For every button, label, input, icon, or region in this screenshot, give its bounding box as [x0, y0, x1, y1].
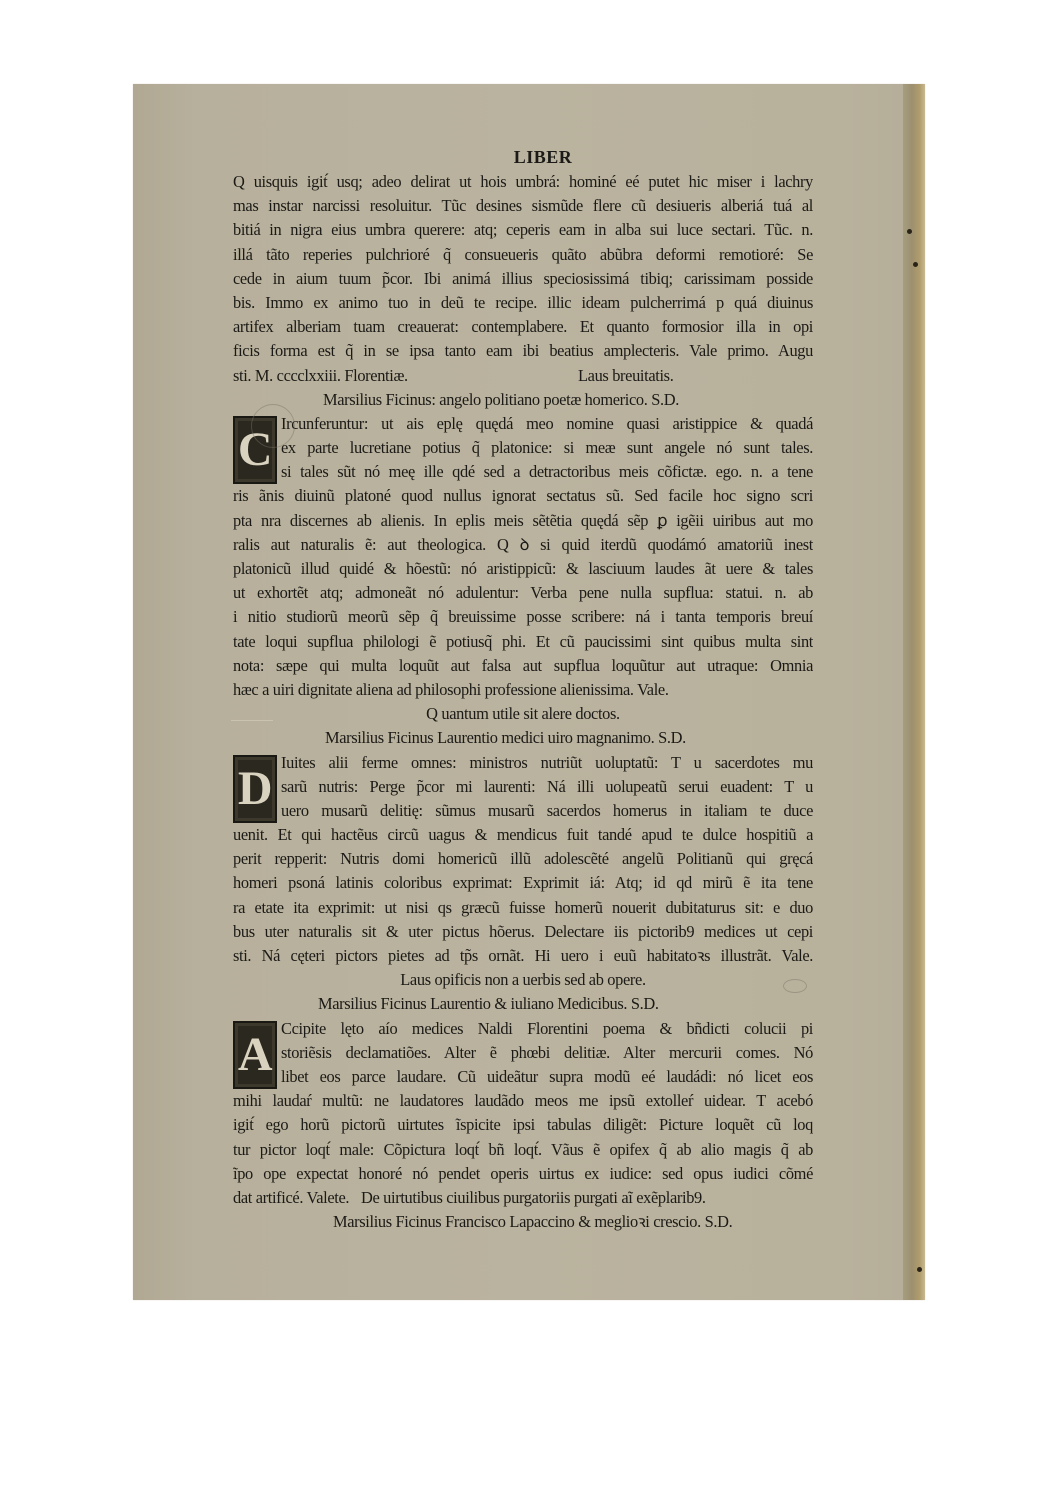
- letter-section-2: Marsilius Ficinus: angelo politiano poet…: [233, 388, 813, 727]
- text-line: igit́ ego horũ pictorũ uirtutes ĩspicite…: [233, 1113, 813, 1137]
- text-line: cede in aium tuum p̃cor. Ibi animá illiu…: [233, 267, 813, 291]
- text-line: ralis aut naturalis ẽ: aut theologica. Q…: [233, 533, 813, 557]
- letter-title: De uirtutibus ciuilibus purgatoriis purg…: [361, 1186, 706, 1210]
- text-line: homeri psoná latinis coloribus exprimat:…: [233, 871, 813, 895]
- text-line: bus uter naturalis sit & uter pictus hõe…: [233, 920, 813, 944]
- text-line: mihi laudaŕ multũ: ne laudatores laudãdo…: [233, 1089, 813, 1113]
- scanned-book-page: LIBER Q uisquis igit́ usq; adeo delirat …: [133, 84, 925, 1300]
- text-line: platonicũ illud quidé & hõestũ: nó arist…: [233, 557, 813, 581]
- letter-heading: Marsilius Ficinus Francisco Lapaccino & …: [233, 1210, 813, 1234]
- text-line: libet eos parce laudare. Cũ uideãtur sup…: [233, 1065, 813, 1089]
- gutter-wormhole: [917, 1267, 922, 1272]
- text-line: storiẽsis declamatiões. Alter ẽ phœbi de…: [233, 1041, 813, 1065]
- decorated-initial-d: D: [233, 755, 277, 823]
- gutter-wormhole: [907, 229, 912, 234]
- text-line: hæc a uiri dignitate aliena ad philosoph…: [233, 678, 813, 702]
- text-line: Q uisquis igit́ usq; adeo delirat ut hoi…: [233, 170, 813, 194]
- letter-title-text: Q uantum utile sit alere doctos.: [426, 704, 620, 723]
- text-line: bis. Immo ex animo tuo in deũ te recipe.…: [233, 291, 813, 315]
- text-line: ut exhortẽt atq; admoneãt nó adulentur: …: [233, 581, 813, 605]
- text-line: si tales sũt nó meę ille qdé sed a detra…: [233, 460, 813, 484]
- text-line: ĩpo ope expectat honoré nó pendet operis…: [233, 1162, 813, 1186]
- initial-paragraph: D Iuites alii ferme omnes: ministros nut…: [233, 751, 813, 824]
- text-line: ris ãnis diuinũ platoné quod nullus igno…: [233, 484, 813, 508]
- letter-section-1: Q uisquis igit́ usq; adeo delirat ut hoi…: [233, 170, 813, 388]
- initial-paragraph: C Ircunferuntur: ut ais eplę quędá meo n…: [233, 412, 813, 485]
- text-line-with-title: sti. M. cccclxxiii. Florentiæ. Laus breu…: [233, 364, 813, 388]
- letter-heading: Marsilius Ficinus: angelo politiano poet…: [233, 388, 813, 412]
- text-line: i nitio studiorũ meorũ sẽp q̃ breuissime…: [233, 605, 813, 629]
- text-line: mas instar narcissi resoluitur. Tũc desi…: [233, 194, 813, 218]
- library-stamp-mark: [251, 404, 295, 448]
- running-head: LIBER: [273, 144, 813, 170]
- text-line: ficis forma est q̃ in se ipsa tanto eam …: [233, 339, 813, 363]
- decorated-initial-a: A: [233, 1021, 277, 1089]
- text-line: ex parte lucretiane potius q̃ platonice:…: [233, 436, 813, 460]
- letter-section-3: Marsilius Ficinus Laurentio medici uiro …: [233, 726, 813, 992]
- text-line: artifex alberiam tuam creauerat: contemp…: [233, 315, 813, 339]
- letter-section-5: Marsilius Ficinus Francisco Lapaccino & …: [233, 1210, 813, 1234]
- letter-heading: Marsilius Ficinus Laurentio & iuliano Me…: [233, 992, 813, 1016]
- text-line: nota: sæpe qui multa loquũt aut falsa au…: [233, 654, 813, 678]
- letter-section-4: Marsilius Ficinus Laurentio & iuliano Me…: [233, 992, 813, 1210]
- text-line: ra etate ita exprimit: ut nisi qs græcũ …: [233, 896, 813, 920]
- pencil-mark: [783, 979, 807, 993]
- initial-paragraph: A Ccipite lęto aío medices Naldi Florent…: [233, 1017, 813, 1090]
- gutter-wormhole: [913, 262, 918, 267]
- text-line: uero musarũ delitię: sũmus musarũ sacerd…: [233, 799, 813, 823]
- text-line-with-title: dat artificé. Valete. De uirtutibus ciui…: [233, 1186, 813, 1210]
- page-gutter-edge: [903, 84, 925, 1300]
- text-line: sti. Ná cęteri pictors pietes ad tp̃s or…: [233, 944, 813, 968]
- letter-heading: Marsilius Ficinus Laurentio medici uiro …: [233, 726, 813, 750]
- text-line: Ircunferuntur: ut ais eplę quędá meo nom…: [233, 412, 813, 436]
- letter-title: Q uantum utile sit alere doctos.: [233, 702, 813, 726]
- text-line: sarũ nutris: Perge p̃cor mi laurenti: Ná…: [233, 775, 813, 799]
- text-line: bitiá in nigra eius umbra querere: atq; …: [233, 218, 813, 242]
- text-line: uenit. Et qui hactẽus circũ uagus & mend…: [233, 823, 813, 847]
- text-line: tate loqui supflua philologi ẽ potiusq̃ …: [233, 630, 813, 654]
- text-line: tur pictor loqt́ male: Cõpictura loqt́ b…: [233, 1138, 813, 1162]
- text-line: perit repperit: Nutris domi homericũ ill…: [233, 847, 813, 871]
- printed-text-block: LIBER Q uisquis igit́ usq; adeo delirat …: [233, 144, 813, 1234]
- letter-title: Laus opificis non a uerbis sed ab opere.: [233, 968, 813, 992]
- text-line: Iuites alii ferme omnes: ministros nutri…: [233, 751, 813, 775]
- text-line: sti. M. cccclxxiii. Florentiæ.: [233, 366, 408, 385]
- text-line: pta nra discernes ab alienis. In eplis m…: [233, 509, 813, 533]
- text-line: illá tãto reperies pulchrioré q̃ consueu…: [233, 243, 813, 267]
- blank-space-mark: [231, 706, 273, 721]
- letter-title: Laus breuitatis.: [578, 364, 673, 388]
- text-line: dat artificé. Valete.: [233, 1188, 349, 1207]
- text-line: Ccipite lęto aío medices Naldi Florentin…: [233, 1017, 813, 1041]
